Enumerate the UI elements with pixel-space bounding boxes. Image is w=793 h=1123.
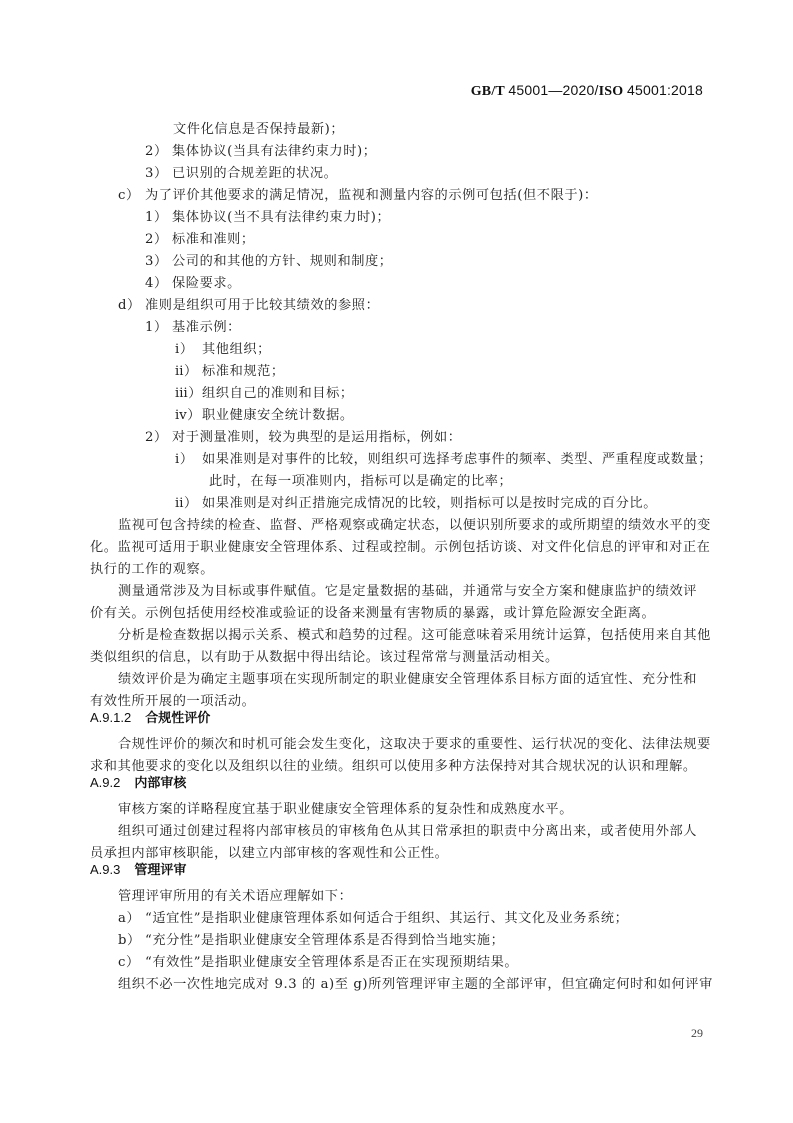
line-text: 测量通常涉及为目标或事件赋值。它是定量数据的基础，并通常与安全方案和健康监护的绩… [118, 584, 697, 599]
section-heading: A.9.1.2合规性评价 [90, 707, 210, 726]
text-line: 测量通常涉及为目标或事件赋值。它是定量数据的基础，并通常与安全方案和健康监护的绩… [118, 584, 697, 600]
list-marker: 1） [145, 320, 172, 336]
iso-code: ISO [599, 84, 624, 99]
list-marker: d） [118, 298, 145, 314]
text-line: 1）基准示例： [145, 320, 241, 336]
text-line: a）“适宜性”是指职业健康管理体系如何适合于组织、其运行、其文化及业务系统； [118, 911, 628, 927]
line-text: “充分性”是指职业健康安全管理体系是否得到恰当地实施； [145, 933, 504, 948]
text-line: 组织不必一次性地完成对 9.3 的 a)至 g)所列管理评审主题的全部评审，但宜… [118, 977, 713, 993]
text-line: 审核方案的详略程度宜基于职业健康安全管理体系的复杂性和成熟度水平。 [118, 802, 573, 818]
standard-header: GB/T 45001—2020/ISO 45001:2018 [471, 82, 703, 100]
list-marker: 3） [145, 166, 172, 182]
list-marker: ⅳ） [175, 408, 202, 424]
list-marker: a） [118, 911, 145, 927]
line-text: 公司的和其他的方针、规则和制度； [172, 254, 393, 269]
text-line: ⅳ）职业健康安全统计数据。 [175, 408, 354, 424]
std-code: GB/T [471, 84, 505, 99]
list-marker: c） [118, 955, 145, 971]
line-text: 执行的工作的观察。 [90, 562, 214, 577]
line-text: 价有关。示例包括使用经校准或验证的设备来测量有害物质的暴露，或计算危险源安全距离… [90, 606, 655, 621]
line-text: 化。监视可适用于职业健康安全管理体系、过程或控制。示例包括访谈、对文件化信息的评… [90, 540, 710, 555]
text-line: 1）集体协议(当不具有法律约束力时)； [145, 210, 390, 226]
line-text: 其他组织； [202, 342, 271, 357]
text-line: 组织可通过创建过程将内部审核员的审核角色从其日常承担的职责中分离出来，或者使用外… [118, 824, 697, 840]
text-line: 价有关。示例包括使用经校准或验证的设备来测量有害物质的暴露，或计算危险源安全距离… [90, 606, 655, 622]
iso-number: 45001:2018 [627, 82, 703, 98]
text-line: 管理评审所用的有关术语应理解如下： [118, 889, 352, 905]
list-marker: ⅰ） [175, 452, 202, 468]
line-text: 为了评价其他要求的满足情况，监视和测量内容的示例可包括(但不限于)： [145, 188, 598, 203]
text-line: ⅰ）其他组织； [175, 342, 271, 358]
section-heading: A.9.2内部审核 [90, 772, 186, 791]
list-marker: c） [118, 188, 145, 204]
line-text: 组织可通过创建过程将内部审核员的审核角色从其日常承担的职责中分离出来，或者使用外… [118, 824, 697, 839]
list-marker: 1） [145, 210, 172, 226]
line-text: 已识别的合规差距的状况。 [172, 166, 337, 181]
text-line: 2）集体协议(当具有法律约束力时)； [145, 144, 377, 160]
line-text: 组织不必一次性地完成对 9.3 的 a)至 g)所列管理评审主题的全部评审，但宜… [118, 977, 713, 992]
std-number: 45001—2020/ [508, 82, 598, 98]
line-text: 此时，在每一项准则内，指标可以是确定的比率； [209, 474, 512, 489]
list-marker: ⅱ） [175, 364, 202, 380]
text-line: 文件化信息是否保持最新)； [173, 122, 344, 138]
text-line: 2）标准和准则； [145, 232, 255, 248]
line-text: 标准和规范； [202, 364, 285, 379]
text-line: 分析是检查数据以揭示关系、模式和趋势的过程。这可能意味着采用统计运算，包括使用来… [118, 628, 711, 644]
text-line: 4）保险要求。 [145, 276, 241, 292]
section-title: 管理评审 [134, 863, 186, 878]
section-heading: A.9.3管理评审 [90, 859, 186, 878]
line-text: 文件化信息是否保持最新)； [173, 122, 344, 137]
section-number: A.9.3 [90, 862, 120, 877]
text-line: 监视可包含持续的检查、监督、严格观察或确定状态，以便识别所要求的或所期望的绩效水… [118, 518, 711, 534]
text-line: 合规性评价的频次和时机可能会发生变化，这取决于要求的重要性、运行状况的变化、法律… [118, 737, 711, 753]
line-text: 标准和准则； [172, 232, 255, 247]
list-marker: ⅲ） [175, 386, 202, 402]
list-marker: 4） [145, 276, 172, 292]
text-line: 化。监视可适用于职业健康安全管理体系、过程或控制。示例包括访谈、对文件化信息的评… [90, 540, 710, 556]
line-text: 绩效评价是为确定主题事项在实现所制定的职业健康安全管理体系目标方面的适宜性、充分… [118, 672, 697, 687]
line-text: 组织自己的准则和目标； [202, 386, 354, 401]
line-text: 监视可包含持续的检查、监督、严格观察或确定状态，以便识别所要求的或所期望的绩效水… [118, 518, 711, 533]
line-text: 基准示例： [172, 320, 241, 335]
list-marker: ⅰ） [175, 342, 202, 358]
section-number: A.9.1.2 [90, 710, 131, 725]
list-marker: ⅱ） [175, 496, 202, 512]
text-line: 2）对于测量准则，较为典型的是运用指标，例如： [145, 430, 462, 446]
section-number: A.9.2 [90, 775, 120, 790]
text-line: c）“有效性”是指职业健康安全管理体系是否正在实现预期结果。 [118, 955, 518, 971]
list-marker: 3） [145, 254, 172, 270]
line-text: 类似组织的信息，以有助于从数据中得出结论。该过程常常与测量活动相关。 [90, 650, 559, 665]
line-text: 对于测量准则，较为典型的是运用指标，例如： [172, 430, 462, 445]
list-marker: 2） [145, 144, 172, 160]
text-line: ⅲ）组织自己的准则和目标； [175, 386, 354, 402]
line-text: 管理评审所用的有关术语应理解如下： [118, 889, 352, 904]
line-text: 职业健康安全统计数据。 [202, 408, 354, 423]
text-line: b）“充分性”是指职业健康安全管理体系是否得到恰当地实施； [118, 933, 504, 949]
line-text: “适宜性”是指职业健康管理体系如何适合于组织、其运行、其文化及业务系统； [145, 911, 628, 926]
text-line: 绩效评价是为确定主题事项在实现所制定的职业健康安全管理体系目标方面的适宜性、充分… [118, 672, 697, 688]
list-marker: 2） [145, 430, 172, 446]
text-line: d）准则是组织可用于比较其绩效的参照： [118, 298, 379, 314]
line-text: 集体协议(当具有法律约束力时)； [172, 144, 377, 159]
list-marker: 2） [145, 232, 172, 248]
text-line: ⅱ）标准和规范； [175, 364, 285, 380]
line-text: 如果准则是对事件的比较，则组织可选择考虑事件的频率、类型、严重程度或数量； [202, 452, 712, 467]
page-number: 29 [691, 1026, 703, 1041]
text-line: 此时，在每一项准则内，指标可以是确定的比率； [209, 474, 512, 490]
line-text: 准则是组织可用于比较其绩效的参照： [145, 298, 379, 313]
section-title: 内部审核 [134, 776, 186, 791]
text-line: 3）公司的和其他的方针、规则和制度； [145, 254, 393, 270]
line-text: 保险要求。 [172, 276, 241, 291]
text-line: ⅱ）如果准则是对纠正措施完成情况的比较，则指标可以是按时完成的百分比。 [175, 496, 657, 512]
line-text: 集体协议(当不具有法律约束力时)； [172, 210, 390, 225]
line-text: 分析是检查数据以揭示关系、模式和趋势的过程。这可能意味着采用统计运算，包括使用来… [118, 628, 711, 643]
list-marker: b） [118, 933, 145, 949]
text-line: 3）已识别的合规差距的状况。 [145, 166, 337, 182]
section-title: 合规性评价 [145, 711, 210, 726]
line-text: 合规性评价的频次和时机可能会发生变化，这取决于要求的重要性、运行状况的变化、法律… [118, 737, 711, 752]
text-line: c）为了评价其他要求的满足情况，监视和测量内容的示例可包括(但不限于)： [118, 188, 598, 204]
text-line: 类似组织的信息，以有助于从数据中得出结论。该过程常常与测量活动相关。 [90, 650, 559, 666]
text-line: ⅰ）如果准则是对事件的比较，则组织可选择考虑事件的频率、类型、严重程度或数量； [175, 452, 712, 468]
line-text: “有效性”是指职业健康安全管理体系是否正在实现预期结果。 [145, 955, 518, 970]
line-text: 审核方案的详略程度宜基于职业健康安全管理体系的复杂性和成熟度水平。 [118, 802, 573, 817]
text-line: 执行的工作的观察。 [90, 562, 214, 578]
line-text: 如果准则是对纠正措施完成情况的比较，则指标可以是按时完成的百分比。 [202, 496, 657, 511]
